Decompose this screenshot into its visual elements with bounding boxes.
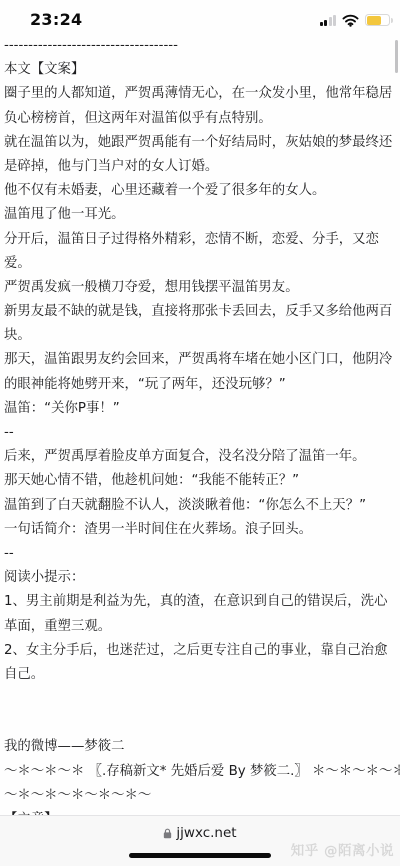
text-line: 温笛到了白天就翻脸不认人，淡淡瞅着他：“你怎么不上天？” — [4, 494, 396, 518]
text-line: ～＊～＊～＊ 〖.存稿新文* 先婚后爱 By 梦筱二.〗 ＊～＊～＊～＊ — [4, 760, 396, 784]
text-line: 是碎掉，他与门当户对的女人订婚。 — [4, 155, 396, 179]
text-line: 块。 — [4, 324, 396, 348]
watermark-text: 知乎 @陌离小说 — [291, 843, 394, 859]
text-line: 2、女主分手后，也迷茫过，之后更专注自己的事业，靠自己治愈 — [4, 639, 396, 663]
text-line: 后来，严贺禹厚着脸皮单方面复合，没名没分陪了温笛一年。 — [4, 445, 396, 469]
text-line: 圈子里的人都知道，严贺禹薄情无心，在一众发小里，他常年稳居 — [4, 82, 396, 106]
text-line — [4, 711, 396, 735]
text-line: ～＊～＊～＊～＊～＊～ — [4, 784, 396, 808]
home-indicator[interactable] — [129, 853, 271, 858]
scrollbar-thumb[interactable] — [395, 40, 398, 73]
text-line: -- — [4, 421, 396, 445]
text-line: ------------------------------------ — [4, 34, 396, 58]
text-line: 严贺禹发疯一般横刀夺爱，想用钱摆平温笛男友。 — [4, 276, 396, 300]
text-line: 温笛：“关你P事！” — [4, 397, 396, 421]
phone-screen: 23:24 ----------------------------------… — [0, 0, 400, 866]
text-line: 一句话简介：渣男一半时间住在火葬场。浪子回头。 — [4, 518, 396, 542]
text-line: 他不仅有未婚妻，心里还藏着一个爱了很多年的女人。 — [4, 179, 396, 203]
text-line: 那天她心情不错，他趁机问她：“我能不能转正？” — [4, 469, 396, 493]
text-line: 阅读小提示： — [4, 566, 396, 590]
text-lines-container: ------------------------------------本文【文… — [4, 34, 396, 832]
url-text[interactable]: jjwxc.net — [176, 825, 236, 841]
status-time: 23:24 — [30, 10, 82, 29]
battery-fill — [367, 16, 382, 25]
text-line: -- — [4, 542, 396, 566]
text-line: 就在温笛以为，她跟严贺禹能有一个好结局时，灰姑娘的梦最终还 — [4, 131, 396, 155]
text-line: 新男友最不缺的就是钱，直接将那张卡丢回去，反手又多给他两百 — [4, 300, 396, 324]
status-bar: 23:24 — [0, 0, 400, 36]
text-line: 本文【文案】 — [4, 58, 396, 82]
text-line: 我的微博——梦筱二 — [4, 735, 396, 759]
text-line: 自己。 — [4, 663, 396, 687]
cellular-signal-icon — [320, 15, 337, 26]
text-line: 分开后，温笛日子过得格外精彩，恋情不断，恋爱、分手，又恋 — [4, 228, 396, 252]
status-icons — [320, 13, 391, 27]
text-line: 革面，重塑三观。 — [4, 615, 396, 639]
text-line: 温笛甩了他一耳光。 — [4, 203, 396, 227]
lock-icon — [163, 828, 172, 839]
text-line — [4, 687, 396, 711]
text-line: 爱。 — [4, 252, 396, 276]
text-line: 那天，温笛跟男友约会回来，严贺禹将车堵在她小区门口，他阴冷 — [4, 348, 396, 372]
battery-icon — [365, 14, 390, 26]
text-line: 负心榜榜首，但这两年对温笛似乎有点特别。 — [4, 107, 396, 131]
text-line: 的眼神能将她劈开来，“玩了两年，还没玩够？” — [4, 373, 396, 397]
text-line: 1、男主前期是利益为先，真的渣，在意识到自己的错误后，洗心 — [4, 590, 396, 614]
watermark: 知乎 @陌离小说 — [291, 839, 394, 859]
novel-synopsis-text: ------------------------------------本文【文… — [4, 34, 396, 832]
wifi-icon — [342, 14, 359, 27]
